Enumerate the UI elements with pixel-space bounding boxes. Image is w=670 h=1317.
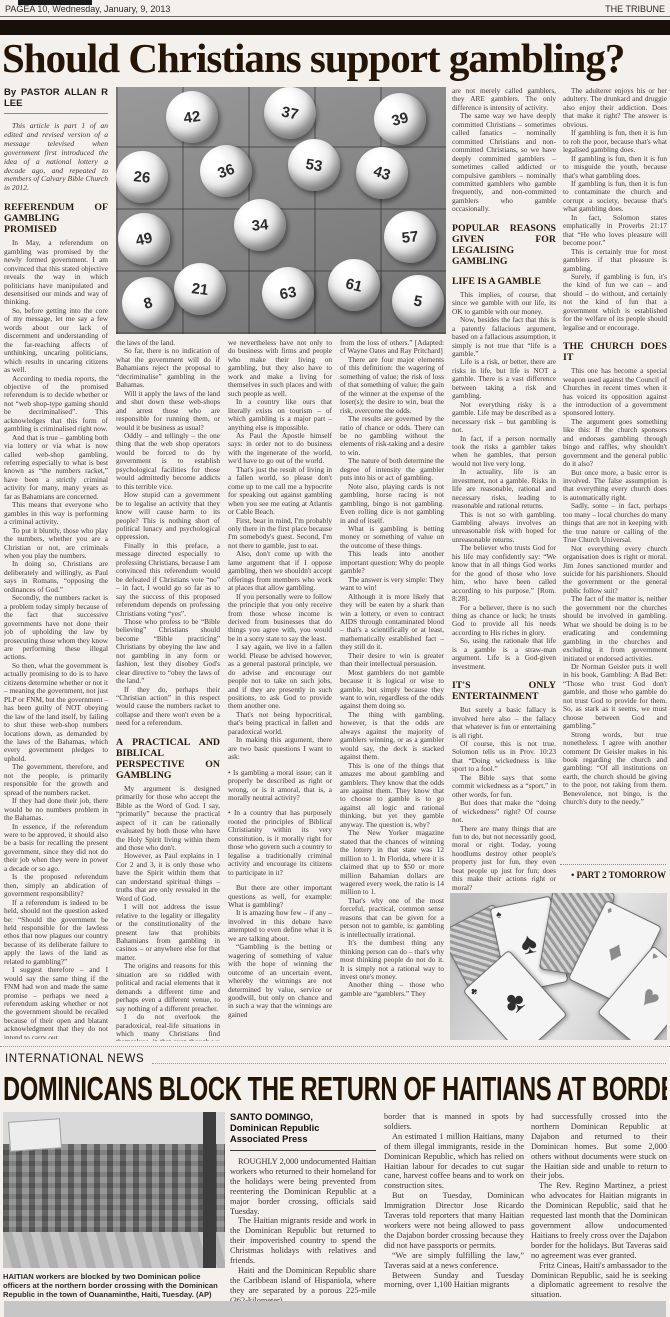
article-column-5: are not merely called gamblers, they ARE… xyxy=(452,87,556,891)
lottery-ball: 21 xyxy=(171,260,229,318)
paragraph: In actuality, life is an investment, not… xyxy=(452,468,556,510)
intl-column-2: border that is manned in spots by soldie… xyxy=(384,1112,524,1302)
paragraph: Haiti and the Dominican Republic share t… xyxy=(230,1266,376,1302)
paragraph: ROUGHLY 2,000 undocumented Haitian worke… xyxy=(230,1157,376,1216)
paragraph: • Is gambling a moral issue; can it prop… xyxy=(228,769,332,803)
photo-detail xyxy=(3,1232,225,1268)
paragraph: Although it is more likely that they wil… xyxy=(340,593,444,652)
lottery-ball: 26 xyxy=(116,148,171,205)
international-headline-text: DOMINICANS BLOCK THE RETURN OF HAITIANS … xyxy=(3,1070,667,1108)
diamond-icon: ♦ xyxy=(605,905,614,917)
paragraph: But surely a basic fallacy is involved h… xyxy=(452,706,556,740)
paragraph: Between Sunday and Tuesday morning, over… xyxy=(384,1271,524,1291)
paragraph: Is the proposed referendum then, simply … xyxy=(4,873,108,898)
column-heading: POPULAR REASONS GIVEN FOR LEGALISING GAM… xyxy=(452,223,556,267)
paragraph: What is gambling is betting money or som… xyxy=(340,525,444,550)
paragraph: So, using the rationale that life is a g… xyxy=(452,637,556,671)
ball-number: 39 xyxy=(390,109,411,130)
paragraph: The believer who trusts God for his life… xyxy=(452,544,556,603)
paragraph: That's why one of the most forceful, pra… xyxy=(340,897,444,939)
lottery-ball: 8 xyxy=(116,271,180,334)
lottery-ball: 42 xyxy=(163,88,222,147)
paragraph: This article is part 1 of an edited and … xyxy=(4,122,108,193)
paragraph: If they do, perhaps their “Christian act… xyxy=(116,686,220,728)
paragraph: Those who profess to be “Bible believing… xyxy=(116,618,220,686)
paragraph: I say again, we live in a fallen world. … xyxy=(228,643,332,711)
label-rule xyxy=(152,1063,666,1064)
paragraph: The answer is very simple: They want to … xyxy=(340,576,444,593)
paragraph: In fact, if a person normally took the r… xyxy=(452,435,556,469)
section-divider xyxy=(0,1046,670,1047)
paragraph: border that is manned in spots by soldie… xyxy=(384,1112,524,1132)
paragraph: An estimated 1 million Haitians, many of… xyxy=(384,1132,524,1191)
paragraph: The Rev. Regino Martinez, a priest who a… xyxy=(531,1181,667,1260)
ball-number: 21 xyxy=(191,280,210,299)
club-icon: ♣ xyxy=(468,986,480,999)
intl-column-3: had successfully crossed into the northe… xyxy=(531,1112,667,1302)
ball-number: 49 xyxy=(134,229,154,249)
heart-icon: ♥ xyxy=(632,980,667,1017)
article-column-6: The adulterer enjoys his or her adultery… xyxy=(563,87,667,859)
dateline-line: SANTO DOMINGO, xyxy=(230,1112,376,1123)
lottery-ball: 43 xyxy=(349,140,415,206)
paragraph: If gambling is fun, then it is fun to co… xyxy=(563,180,667,214)
paragraph: How stupid can a government be to legali… xyxy=(116,491,220,542)
article-column-3: we nevertheless have not only to do busi… xyxy=(228,339,332,1041)
paragraph: The nature of both determine the degree … xyxy=(340,457,444,482)
paragraph: My argument is designed primarily for th… xyxy=(116,785,220,853)
ball-number: 57 xyxy=(401,228,419,247)
intl-column-1: SANTO DOMINGO,Dominican RepublicAssociat… xyxy=(230,1112,376,1302)
dateline-line: Associated Press xyxy=(230,1134,376,1151)
paragraph: Surely, if gambling is fun, it's the kin… xyxy=(563,273,667,332)
paragraph: First, bear in mind, I'm probably only t… xyxy=(228,517,332,551)
paragraph: Not everything risky is a gamble. Life m… xyxy=(452,401,556,435)
paragraph: But does that make the “doing of wickedn… xyxy=(452,799,556,824)
article-column-2: the laws of the land.So far, there is no… xyxy=(116,339,220,1041)
paragraph: As Paul the Apostle himself says: in ord… xyxy=(228,432,332,466)
paragraph: It's the dumbest thing any thinking pers… xyxy=(340,939,444,981)
paragraph: The same way we have deeply committed Ch… xyxy=(452,112,556,213)
paragraph: If gambling is fun, then it is fun to mi… xyxy=(563,155,667,180)
paragraph: So far, there is no indication of what t… xyxy=(116,347,220,389)
paragraph: The adulterer enjoys his or her adultery… xyxy=(563,87,667,129)
bottom-bar xyxy=(4,1301,666,1317)
paragraph: Secondly, the numbers racket is a proble… xyxy=(4,594,108,662)
paragraph: Oddly – and tellingly – the one thing th… xyxy=(116,432,220,491)
paragraph: So, before getting into the core of my m… xyxy=(4,307,108,375)
paragraph: If they had done their job, there would … xyxy=(4,797,108,822)
paragraph: So then, what the government is actually… xyxy=(4,662,108,763)
ball-number: 63 xyxy=(278,283,297,303)
paragraph: we nevertheless have not only to do busi… xyxy=(228,339,332,398)
paragraph: Will it apply the laws of the land and s… xyxy=(116,390,220,432)
paragraph: “Gambling is the betting or wagering of … xyxy=(228,943,332,1019)
article-column-4: from the loss of others.” [Adapted: cf W… xyxy=(340,339,444,1041)
paragraph: The Haitian migrants reside and work in … xyxy=(230,1216,376,1266)
paragraph: There are many things that are fun to do… xyxy=(452,825,556,891)
column-heading: LIFE IS A GAMBLE xyxy=(452,276,556,287)
paragraph: It is amazing how few – if any – involve… xyxy=(228,909,332,943)
paragraph: And that is true – gambling both via lot… xyxy=(4,434,108,502)
paragraph: If you personally were to follow the pri… xyxy=(228,593,332,644)
photo-caption: HAITIAN workers are blocked by two Domin… xyxy=(3,1272,225,1300)
ball-number: 26 xyxy=(133,168,151,187)
paragraph: That's not being hypocritical, that's be… xyxy=(228,711,332,736)
part-2-note: • PART 2 TOMORROW xyxy=(560,864,666,880)
paragraph: Fritz Cineas, Haiti's ambassador to the … xyxy=(531,1261,667,1301)
paragraph: Most gamblers do not gamble because it i… xyxy=(340,669,444,711)
photo-detail xyxy=(8,1118,62,1152)
heart-icon: ♥ xyxy=(648,951,660,963)
paragraph: In essence, if the referendum were to be… xyxy=(4,823,108,874)
paragraph: But once more, a basic error is involved… xyxy=(563,469,667,503)
paragraph: In a country like ours that literally ex… xyxy=(228,398,332,432)
paragraph: In fact, Solomon states emphatically in … xyxy=(563,214,667,248)
byline: By PASTOR ALLAN R LEE xyxy=(4,87,108,114)
paragraph: The fact of the matter is, neither the g… xyxy=(563,595,667,663)
ball-number: 53 xyxy=(304,155,323,174)
paragraph: The origins and reasons for this situati… xyxy=(116,962,220,1013)
paragraph: That's just the result of living in a fa… xyxy=(228,466,332,517)
masthead-title: THE TRIBUNE xyxy=(605,4,665,14)
paragraph: I suggest therefore – and I would say th… xyxy=(4,966,108,1039)
column-heading: THE CHURCH DOES IT xyxy=(563,341,667,363)
international-news-label: INTERNATIONAL NEWS xyxy=(5,1053,144,1065)
lottery-ball: 36 xyxy=(193,138,260,205)
lottery-ball: 57 xyxy=(381,208,438,265)
paragraph: This means that everyone who gambles in … xyxy=(4,501,108,526)
paragraph: Strong words, but true nonetheless. I ag… xyxy=(563,731,667,807)
spade-icon: ♠ xyxy=(495,909,502,921)
lottery-ball: 37 xyxy=(259,87,321,144)
paragraph: If a referendum is indeed to be held, sh… xyxy=(4,899,108,967)
lottery-ball: 49 xyxy=(116,208,175,270)
paragraph: I do not overlook the paradoxical, real-… xyxy=(116,1013,220,1041)
photo-detail xyxy=(3,1144,225,1232)
paragraph: Their desire to win is greater than thei… xyxy=(340,652,444,669)
paragraph: The argument goes something like this: I… xyxy=(563,418,667,469)
paragraph: Now, besides the fact that this is a pat… xyxy=(452,316,556,358)
ball-number: 37 xyxy=(280,103,300,123)
international-headline: DOMINICANS BLOCK THE RETURN OF HAITIANS … xyxy=(3,1070,667,1110)
lottery-ball: 53 xyxy=(284,135,343,194)
lottery-ball: 34 xyxy=(232,197,288,253)
paragraph: This is not so with gambling. Gambling a… xyxy=(452,511,556,545)
ball-number: 42 xyxy=(183,107,202,126)
paragraph: The thing with gambling, however, is tha… xyxy=(340,711,444,762)
paragraph: There are four major elements of this de… xyxy=(340,356,444,415)
spade-icon: ♠ xyxy=(518,926,541,963)
paragraph: The government, therefore, and not the p… xyxy=(4,763,108,797)
paragraph: • In a country that has purposely rooted… xyxy=(228,809,332,877)
paragraph: This is one of the things that amazes me… xyxy=(340,762,444,830)
paragraph: This is certainly true for most gamblers… xyxy=(563,248,667,273)
paragraph: I will not address the issue relative to… xyxy=(116,903,220,962)
dateline-line: Dominican Republic xyxy=(230,1123,376,1134)
paragraph: Also, don't come up with the lame argume… xyxy=(228,550,332,592)
ball-number: 5 xyxy=(412,292,423,310)
column-heading: A PRACTICAL AND BIBLICAL PERSPECTIVE ON … xyxy=(116,737,220,781)
lottery-ball: 5 xyxy=(388,271,446,331)
masthead-date: PAGEA 10, Wednesday, January, 9, 2013 xyxy=(5,4,170,14)
paragraph: from the loss of others.” [Adapted: cf W… xyxy=(340,339,444,356)
paragraph: Finally in this preface, a message direc… xyxy=(116,542,220,618)
paragraph: This implies, of course, that since we g… xyxy=(452,291,556,316)
paragraph: The New Yorker magazine stated that the … xyxy=(340,829,444,897)
paragraph: Not everything every church organisation… xyxy=(563,545,667,596)
paragraph: Note also, playing cards is not gambling… xyxy=(340,483,444,525)
paragraph: Another thing – those who gamble are “ga… xyxy=(340,981,444,998)
paragraph: In making this argument, there are two b… xyxy=(228,736,332,761)
paragraph: If gambling is fun, then it is fun to ro… xyxy=(563,129,667,154)
paragraph: This one has become a special weapon use… xyxy=(563,367,667,418)
club-icon: ♣ xyxy=(496,983,533,1021)
playing-cards-photo: ♠ ♠ ♦ ♦ ♣ ♣ ♥ ♥ xyxy=(450,893,667,1040)
newspaper-page: PAGEA 10, Wednesday, January, 9, 2013 TH… xyxy=(0,0,670,1317)
lottery-balls-photo: 42 37 39 26 36 53 34 43 49 21 63 61 57 5… xyxy=(116,87,446,334)
paragraph: The Bible says that some commit wickedne… xyxy=(452,774,556,799)
paragraph: But there are other important questions … xyxy=(228,884,332,909)
paragraph: But on Tuesday, Dominican Immigration Di… xyxy=(384,1191,524,1250)
paragraph: Sadly, some – in fact, perhaps too many … xyxy=(563,502,667,544)
ball-number: 34 xyxy=(251,216,269,234)
paragraph: Dr Norman Geisler puts it well in his bo… xyxy=(563,663,667,731)
paragraph: “We are simply fulfilling the law,” Tave… xyxy=(384,1251,524,1271)
paragraph: In doing so, Christians are deliberately… xyxy=(4,560,108,594)
article-column-1: By PASTOR ALLAN R LEEThis article is par… xyxy=(4,87,108,1039)
ball-number: 61 xyxy=(344,275,364,296)
header-bar xyxy=(0,20,670,35)
column-heading: REFERENDUM OF GAMBLING PROMISED xyxy=(4,202,108,235)
paragraph: For a believer, there is no such thing a… xyxy=(452,604,556,638)
paragraph: This leads into another important questi… xyxy=(340,550,444,575)
paragraph: To put it bluntly, those who play the nu… xyxy=(4,527,108,561)
paragraph: The results are governed by the ratio of… xyxy=(340,415,444,457)
paragraph: In May, a referendum on gambling was pro… xyxy=(4,239,108,307)
column-heading: IT'S ONLY ENTERTAINMENT xyxy=(452,680,556,702)
masthead-rule xyxy=(0,16,670,17)
lottery-ball: 39 xyxy=(368,87,432,151)
main-headline: Should Christians support gambling? xyxy=(2,37,668,80)
photo-detail xyxy=(203,1112,216,1268)
paragraph: Life is a risk, or better, there are ris… xyxy=(452,358,556,400)
ball-number: 43 xyxy=(371,162,392,183)
paragraph: had successfully crossed into the northe… xyxy=(531,1112,667,1181)
haitian-border-photo xyxy=(3,1112,225,1268)
ball-number: 8 xyxy=(142,294,155,313)
paragraph: According to media reports, the objectiv… xyxy=(4,375,108,434)
paragraph: However, as Paul explains in 1 Cor 2 and… xyxy=(116,852,220,903)
paragraph: are not merely called gamblers, they ARE… xyxy=(452,87,556,112)
paragraph: Of course, this is not true. Solomon tel… xyxy=(452,740,556,774)
diamond-icon: ♦ xyxy=(601,934,630,971)
lottery-ball: 61 xyxy=(322,253,385,316)
lottery-ball: 63 xyxy=(258,263,318,323)
ball-number: 36 xyxy=(215,160,236,182)
